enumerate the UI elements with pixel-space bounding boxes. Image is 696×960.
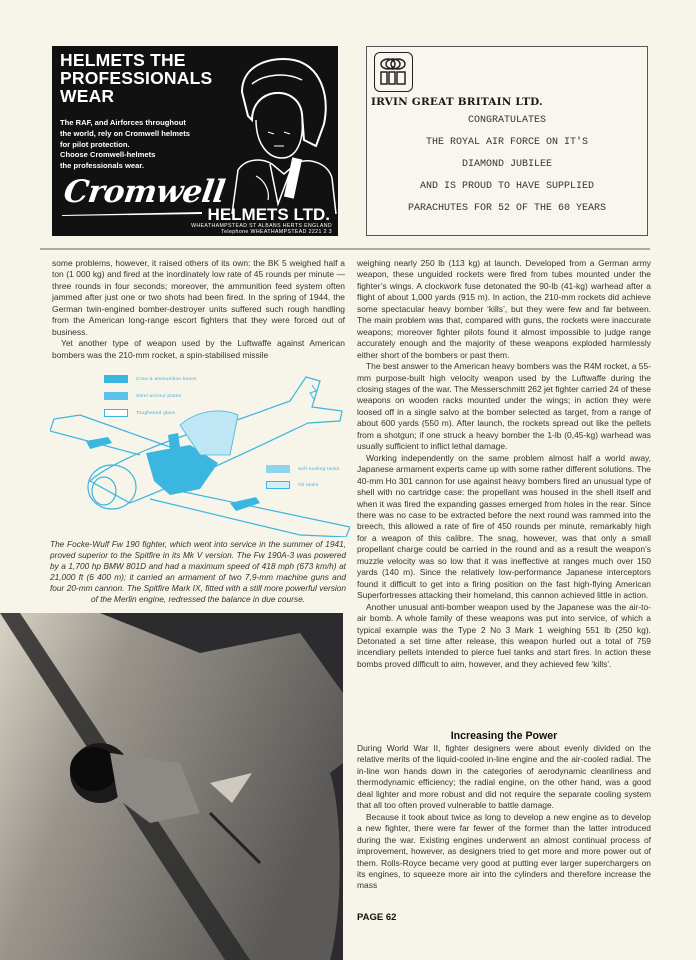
body-line: the world, rely on Cromwell helmets	[60, 129, 190, 140]
legend-label: Self-sealing tanks	[298, 467, 339, 472]
page-number: PAGE 62	[357, 912, 396, 923]
legend-swatch	[104, 392, 128, 400]
aircraft-cutaway-drawing	[50, 371, 350, 537]
irvin-logo-icon	[374, 52, 413, 92]
photo-image	[0, 613, 343, 960]
paragraph: some problems, however, it raised others…	[52, 258, 345, 338]
headline-line: WEAR	[60, 87, 212, 105]
article-right-column: weighing nearly 250 lb (113 kg) at launc…	[357, 258, 651, 670]
headline-line: HELMETS THE	[60, 51, 212, 69]
legend-swatch	[266, 465, 290, 473]
paragraph: Because it took about twice as long to d…	[357, 812, 651, 892]
body-line: Choose Cromwell-helmets	[60, 150, 190, 161]
legend-item-self-sealing-tanks: Self-sealing tanks	[266, 465, 339, 473]
legend-item-armour-plates: Steel armour plates	[104, 392, 181, 400]
legend-label: Oil tanks	[298, 483, 318, 488]
irvin-message-line: THE ROYAL AIR FORCE ON IT'S	[367, 137, 647, 148]
irvin-message-line: AND IS PROUD TO HAVE SUPPLIED	[367, 181, 647, 192]
section-divider	[40, 248, 650, 250]
legend-label: Toughened glass	[136, 411, 175, 416]
fw190-armour-diagram: Crew & ammunition boxes Steel armour pla…	[50, 371, 350, 537]
ad-address: WHEATHAMPSTEAD ST ALBANS HERTS ENGLAND T…	[191, 223, 332, 235]
legend-label: Crew & ammunition boxes	[136, 377, 197, 382]
legend-swatch	[104, 375, 128, 383]
section-heading: Increasing the Power	[357, 730, 651, 742]
telephone-line: Telephone WHEATHAMPSTEAD 2221 2 3	[191, 229, 332, 235]
legend-item-toughened-glass: Toughened glass	[104, 409, 175, 417]
irvin-message-line: DIAMOND JUBILEE	[367, 159, 647, 170]
irvin-parachutes-ad: IRVIN GREAT BRITAIN LTD. CONGRATULATES T…	[366, 46, 648, 236]
legend-label: Steel armour plates	[136, 394, 181, 399]
irvin-message-line: CONGRATULATES	[367, 115, 647, 126]
section-body: During World War II, fighter designers w…	[357, 743, 651, 892]
irvin-message-line: PARACHUTES FOR 52 OF THE 60 YEARS	[367, 203, 647, 214]
ad-body-text: The RAF, and Airforces throughout the wo…	[60, 118, 190, 172]
body-line: the professionals wear.	[60, 161, 190, 172]
article-left-column: some problems, however, it raised others…	[52, 258, 345, 361]
paragraph: Working independently on the same proble…	[357, 453, 651, 602]
body-line: The RAF, and Airforces throughout	[60, 118, 190, 129]
fighter-aircraft-photo	[0, 613, 343, 960]
paragraph: weighing nearly 250 lb (113 kg) at launc…	[357, 258, 651, 361]
paragraph: The best answer to the American heavy bo…	[357, 361, 651, 453]
paragraph: During World War II, fighter designers w…	[357, 743, 651, 812]
paragraph: Yet another type of weapon used by the L…	[52, 338, 345, 361]
irvin-company-name: IRVIN GREAT BRITAIN LTD.	[371, 96, 543, 108]
diagram-caption: The Focke-Wulf Fw 190 fighter, which wen…	[50, 539, 346, 605]
body-line: for pilot protection.	[60, 140, 190, 151]
legend-item-crew-ammo: Crew & ammunition boxes	[104, 375, 197, 383]
ad-headline: HELMETS THE PROFESSIONALS WEAR	[60, 51, 212, 105]
cromwell-brand-logo: Cromwell	[61, 174, 227, 210]
legend-swatch	[266, 481, 290, 489]
paragraph: Another unusual anti-bomber weapon used …	[357, 602, 651, 671]
legend-swatch	[104, 409, 128, 417]
pilot-illustration	[212, 54, 338, 214]
legend-item-oil-tanks: Oil tanks	[266, 481, 318, 489]
ad-company-name: HELMETS LTD.	[208, 206, 330, 223]
brand-swash	[62, 209, 202, 217]
cromwell-helmets-ad: HELMETS THE PROFESSIONALS WEAR The RAF, …	[52, 46, 338, 236]
headline-line: PROFESSIONALS	[60, 69, 212, 87]
